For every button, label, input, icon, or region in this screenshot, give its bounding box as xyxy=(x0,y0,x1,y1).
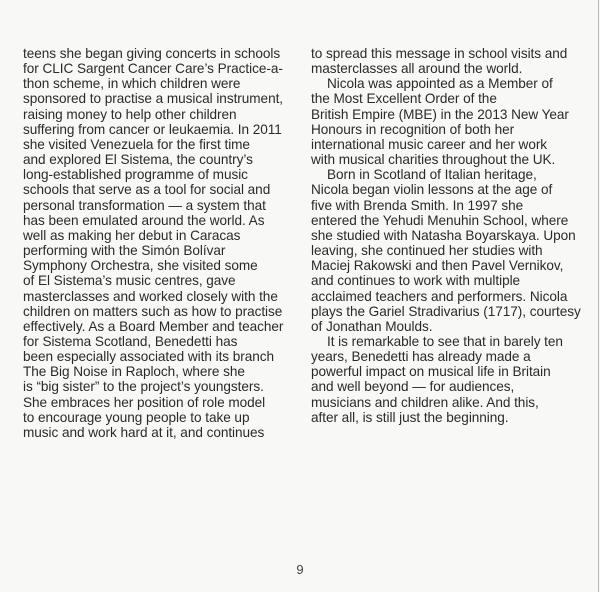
text-line: entered the Yehudi Menuhin School, where xyxy=(311,213,591,228)
text-line: leaving, she continued her studies with xyxy=(311,243,591,258)
text-line: plays the Gariel Stradivarius (1717), co… xyxy=(311,304,591,319)
text-line: Maciej Rakowski and then Pavel Vernikov, xyxy=(311,258,591,273)
text-line: Honours in recognition of both her xyxy=(311,122,591,137)
text-line: Born in Scotland of Italian heritage, xyxy=(311,167,591,182)
booklet-page: teens she began giving concerts in schoo… xyxy=(0,0,600,592)
text-line: long-established programme of music xyxy=(23,167,298,182)
text-line: suffering from cancer or leukaemia. In 2… xyxy=(23,122,298,137)
text-line: she visited Venezuela for the first time xyxy=(23,137,298,152)
text-line: well as making her debut in Caracas xyxy=(23,228,298,243)
text-line: of Jonathan Moulds. xyxy=(311,319,591,334)
text-line: and well beyond — for audiences, xyxy=(311,379,591,394)
text-line: five with Brenda Smith. In 1997 she xyxy=(311,198,591,213)
text-line: masterclasses all around the world. xyxy=(311,61,591,76)
text-line: with musical charities throughout the UK… xyxy=(311,152,591,167)
text-line: thon scheme, in which children were xyxy=(23,76,298,91)
text-line: for Sistema Scotland, Benedetti has xyxy=(23,334,298,349)
text-line: The Big Noise in Raploch, where she xyxy=(23,364,298,379)
text-line: is “big sister” to the project’s youngst… xyxy=(23,379,298,394)
text-line: schools that serve as a tool for social … xyxy=(23,182,298,197)
text-line: performing with the Simón Bolívar xyxy=(23,243,298,258)
text-line: children on matters such as how to pract… xyxy=(23,304,298,319)
text-line: teens she began giving concerts in schoo… xyxy=(23,46,298,61)
text-line: international music career and her work xyxy=(311,137,591,152)
text-line: She embraces her position of role model xyxy=(23,395,298,410)
text-line: the Most Excellent Order of the xyxy=(311,91,591,106)
text-line: and explored El Sistema, the country’s xyxy=(23,152,298,167)
text-line: to spread this message in school visits … xyxy=(311,46,591,61)
text-line: It is remarkable to see that in barely t… xyxy=(311,334,591,349)
text-line: she studied with Natasha Boyarskaya. Upo… xyxy=(311,228,591,243)
text-line: for CLIC Sargent Cancer Care’s Practice-… xyxy=(23,61,298,76)
text-line: and continues to work with multiple xyxy=(311,273,591,288)
left-text-column: teens she began giving concerts in schoo… xyxy=(23,46,298,440)
text-line: of El Sistema’s music centres, gave xyxy=(23,273,298,288)
text-line: powerful impact on musical life in Brita… xyxy=(311,364,591,379)
text-line: acclaimed teachers and performers. Nicol… xyxy=(311,289,591,304)
text-line: personal transformation — a system that xyxy=(23,198,298,213)
text-line: musicians and children alike. And this, xyxy=(311,395,591,410)
text-line: Nicola was appointed as a Member of xyxy=(311,76,591,91)
text-line: masterclasses and worked closely with th… xyxy=(23,289,298,304)
text-line: to encourage young people to take up xyxy=(23,410,298,425)
text-line: been especially associated with its bran… xyxy=(23,349,298,364)
text-line: Symphony Orchestra, she visited some xyxy=(23,258,298,273)
text-line: years, Benedetti has already made a xyxy=(311,349,591,364)
right-text-column: to spread this message in school visits … xyxy=(311,46,591,425)
text-line: music and work hard at it, and continues xyxy=(23,425,298,440)
page-edge-line xyxy=(598,0,599,592)
page-number: 9 xyxy=(0,562,600,577)
text-line: effectively. As a Board Member and teach… xyxy=(23,319,298,334)
text-line: after all, is still just the beginning. xyxy=(311,410,591,425)
text-line: Nicola began violin lessons at the age o… xyxy=(311,182,591,197)
text-line: has been emulated around the world. As xyxy=(23,213,298,228)
text-line: raising money to help other children xyxy=(23,107,298,122)
text-line: British Empire (MBE) in the 2013 New Yea… xyxy=(311,107,591,122)
text-line: sponsored to practise a musical instrume… xyxy=(23,91,298,106)
